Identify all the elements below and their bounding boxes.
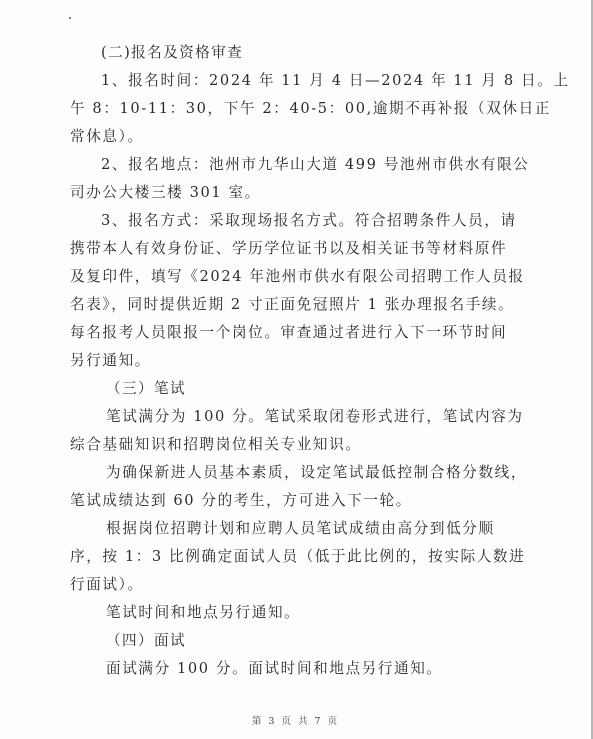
document-page: (二)报名及资格审查 1、报名时间：2024 年 11 月 4 日—2024 年… — [0, 0, 591, 739]
page-content: (二)报名及资格审查 1、报名时间：2024 年 11 月 4 日—2024 年… — [70, 39, 506, 683]
text-line: 每名报考人员限报一个岗位。审查通过者进行入下一环节时间 — [70, 319, 506, 347]
text-line: 为确保新进人员基本素质，设定笔试最低控制合格分数线， — [70, 459, 506, 487]
text-line: 笔试成绩达到 60 分的考生，方可进入下一轮。 — [70, 487, 506, 515]
paragraph-registration-method: 3、报名方式：采取现场报名方式。符合招聘条件人员，请 携带本人有效身份证、学历学… — [70, 207, 506, 375]
text-line: 常休息）。 — [70, 123, 506, 151]
paragraph-interview-score: 面试满分 100 分。面试时间和地点另行通知。 — [70, 655, 506, 683]
text-line: 3、报名方式：采取现场报名方式。符合招聘条件人员，请 — [70, 207, 506, 235]
text-line: 序，按 1：3 比例确定面试人员（低于此比例的，按实际人数进 — [70, 543, 506, 571]
text-line: 及复印件，填写《2024 年池州市供水有限公司招聘工作人员报 — [70, 263, 506, 291]
text-line: 行面试）。 — [70, 571, 506, 599]
text-line: 2、报名地点：池州市九华山大道 499 号池州市供水有限公 — [70, 151, 506, 179]
paragraph-registration-time: 1、报名时间：2024 年 11 月 4 日—2024 年 11 月 8 日。上… — [70, 67, 506, 151]
text-line: 携带本人有效身份证、学历学位证书以及相关证书等材料原件 — [70, 235, 506, 263]
text-line: 名表》，同时提供近期 2 寸正面免冠照片 1 张办理报名手续。 — [70, 291, 506, 319]
text-line: 另行通知。 — [70, 347, 506, 375]
paragraph-exam-time-notice: 笔试时间和地点另行通知。 — [70, 599, 506, 627]
page-number: 第 3 页 共 7 页 — [0, 713, 591, 727]
text-line: 1、报名时间：2024 年 11 月 4 日—2024 年 11 月 8 日。上 — [70, 67, 506, 95]
paragraph-interview-ratio: 根据岗位招聘计划和应聘人员笔试成绩由高分到低分顺 序，按 1：3 比例确定面试人… — [70, 515, 506, 599]
text-line: 综合基础知识和招聘岗位相关专业知识。 — [70, 431, 506, 459]
paragraph-exam-score: 笔试满分为 100 分。笔试采取闭卷形式进行，笔试内容为 综合基础知识和招聘岗位… — [70, 403, 506, 459]
text-line: 司办公大楼三楼 301 室。 — [70, 179, 506, 207]
text-line: 笔试时间和地点另行通知。 — [70, 599, 506, 627]
paragraph-exam-passing-line: 为确保新进人员基本素质，设定笔试最低控制合格分数线， 笔试成绩达到 60 分的考… — [70, 459, 506, 515]
section-heading-interview: （四）面试 — [70, 627, 506, 655]
section-heading-registration: (二)报名及资格审查 — [70, 39, 506, 67]
text-line: 根据岗位招聘计划和应聘人员笔试成绩由高分到低分顺 — [70, 515, 506, 543]
text-line: 午 8：10-11：30，下午 2：40-5：00,逾期不再补报（双休日正 — [70, 95, 506, 123]
stray-mark — [69, 17, 71, 19]
section-heading-written-exam: （三）笔试 — [70, 375, 506, 403]
text-line: 笔试满分为 100 分。笔试采取闭卷形式进行，笔试内容为 — [70, 403, 506, 431]
text-line: 面试满分 100 分。面试时间和地点另行通知。 — [70, 655, 506, 683]
paragraph-registration-location: 2、报名地点：池州市九华山大道 499 号池州市供水有限公 司办公大楼三楼 30… — [70, 151, 506, 207]
